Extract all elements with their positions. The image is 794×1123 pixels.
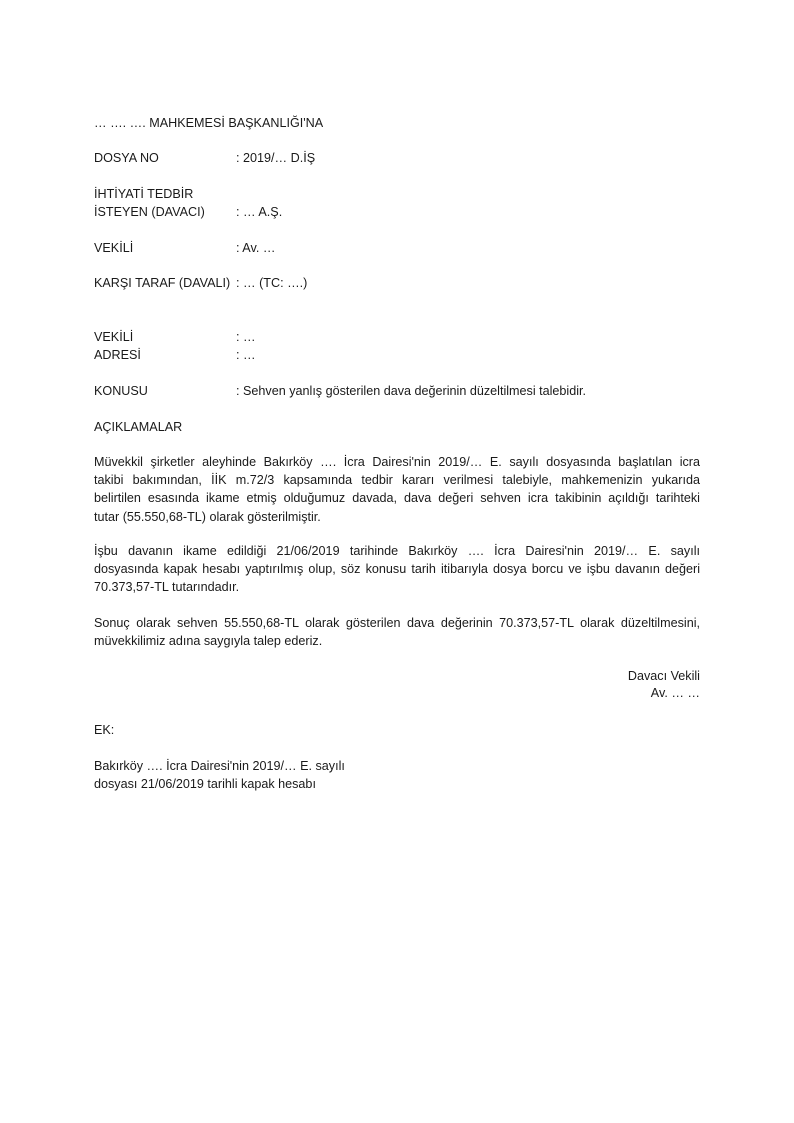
paragraph-line: belirtilen esasında ikame etmiş olduğumu…	[94, 489, 700, 507]
paragraph-1: Müvekkil şirketler aleyhinde Bakırköy ….…	[94, 453, 700, 526]
paragraph-line: Müvekkil şirketler aleyhinde Bakırköy ….…	[94, 453, 700, 471]
paragraph-line: müvekkilimiz adına saygıyla talep ederiz…	[94, 632, 700, 650]
ihtiyati-tedbir-label: İHTİYATİ TEDBİR	[94, 186, 193, 202]
paragraph-3: Sonuç olarak sehven 55.550,68-TL olarak …	[94, 614, 700, 650]
adresi-value: : …	[236, 348, 256, 362]
paragraph-2: İşbu davanın ikame edildiği 21/06/2019 t…	[94, 542, 700, 597]
karsi-taraf-value: : … (TC: ….)	[236, 276, 307, 290]
isteyen-row: İSTEYEN (DAVACI): … A.Ş.	[94, 204, 282, 220]
konusu-value: : Sehven yanlış gösterilen dava değerini…	[236, 384, 586, 398]
isteyen-label: İSTEYEN (DAVACI)	[94, 204, 236, 220]
davali-vekili-value: : …	[236, 330, 256, 344]
signature-title: Davacı Vekili	[628, 668, 700, 685]
paragraph-line: Sonuç olarak sehven 55.550,68-TL olarak …	[94, 614, 700, 632]
vekili-row: VEKİLİ: Av. …	[94, 240, 275, 256]
dosya-no-value: : 2019/… D.İŞ	[236, 151, 315, 165]
paragraph-line: takibi bakımından, İİK m.72/3 kapsamında…	[94, 471, 700, 489]
dosya-no-label: DOSYA NO	[94, 150, 236, 166]
paragraph-line: dosyasında kapak hesabı yaptırılmış olup…	[94, 560, 700, 578]
davali-vekili-label: VEKİLİ	[94, 329, 236, 345]
court-title: … …. …. MAHKEMESİ BAŞKANLIĞI'NA	[94, 115, 323, 131]
paragraph-line: İşbu davanın ikame edildiği 21/06/2019 t…	[94, 542, 700, 560]
konusu-label: KONUSU	[94, 383, 236, 399]
paragraph-line: 70.373,57-TL tutarındadır.	[94, 578, 700, 596]
adresi-row: ADRESİ: …	[94, 347, 256, 363]
karsi-taraf-label: KARŞI TARAF (DAVALI)	[94, 275, 236, 291]
vekili-label: VEKİLİ	[94, 240, 236, 256]
ek-item-line-2: dosyası 21/06/2019 tarihli kapak hesabı	[94, 776, 316, 792]
adresi-label: ADRESİ	[94, 347, 236, 363]
aciklamalar-heading: AÇIKLAMALAR	[94, 419, 182, 435]
davali-vekili-row: VEKİLİ: …	[94, 329, 256, 345]
ek-heading: EK:	[94, 722, 114, 738]
karsi-taraf-row: KARŞI TARAF (DAVALI): … (TC: ….)	[94, 275, 307, 291]
konusu-row: KONUSU: Sehven yanlış gösterilen dava de…	[94, 383, 586, 399]
ek-item-line-1: Bakırköy …. İcra Dairesi'nin 2019/… E. s…	[94, 758, 345, 774]
vekili-value: : Av. …	[236, 241, 275, 255]
isteyen-value: : … A.Ş.	[236, 205, 282, 219]
signature-name: Av. … …	[651, 685, 700, 702]
dosya-no-row: DOSYA NO: 2019/… D.İŞ	[94, 150, 315, 166]
paragraph-line: tutar (55.550,68-TL) olarak gösterilmişt…	[94, 508, 700, 526]
